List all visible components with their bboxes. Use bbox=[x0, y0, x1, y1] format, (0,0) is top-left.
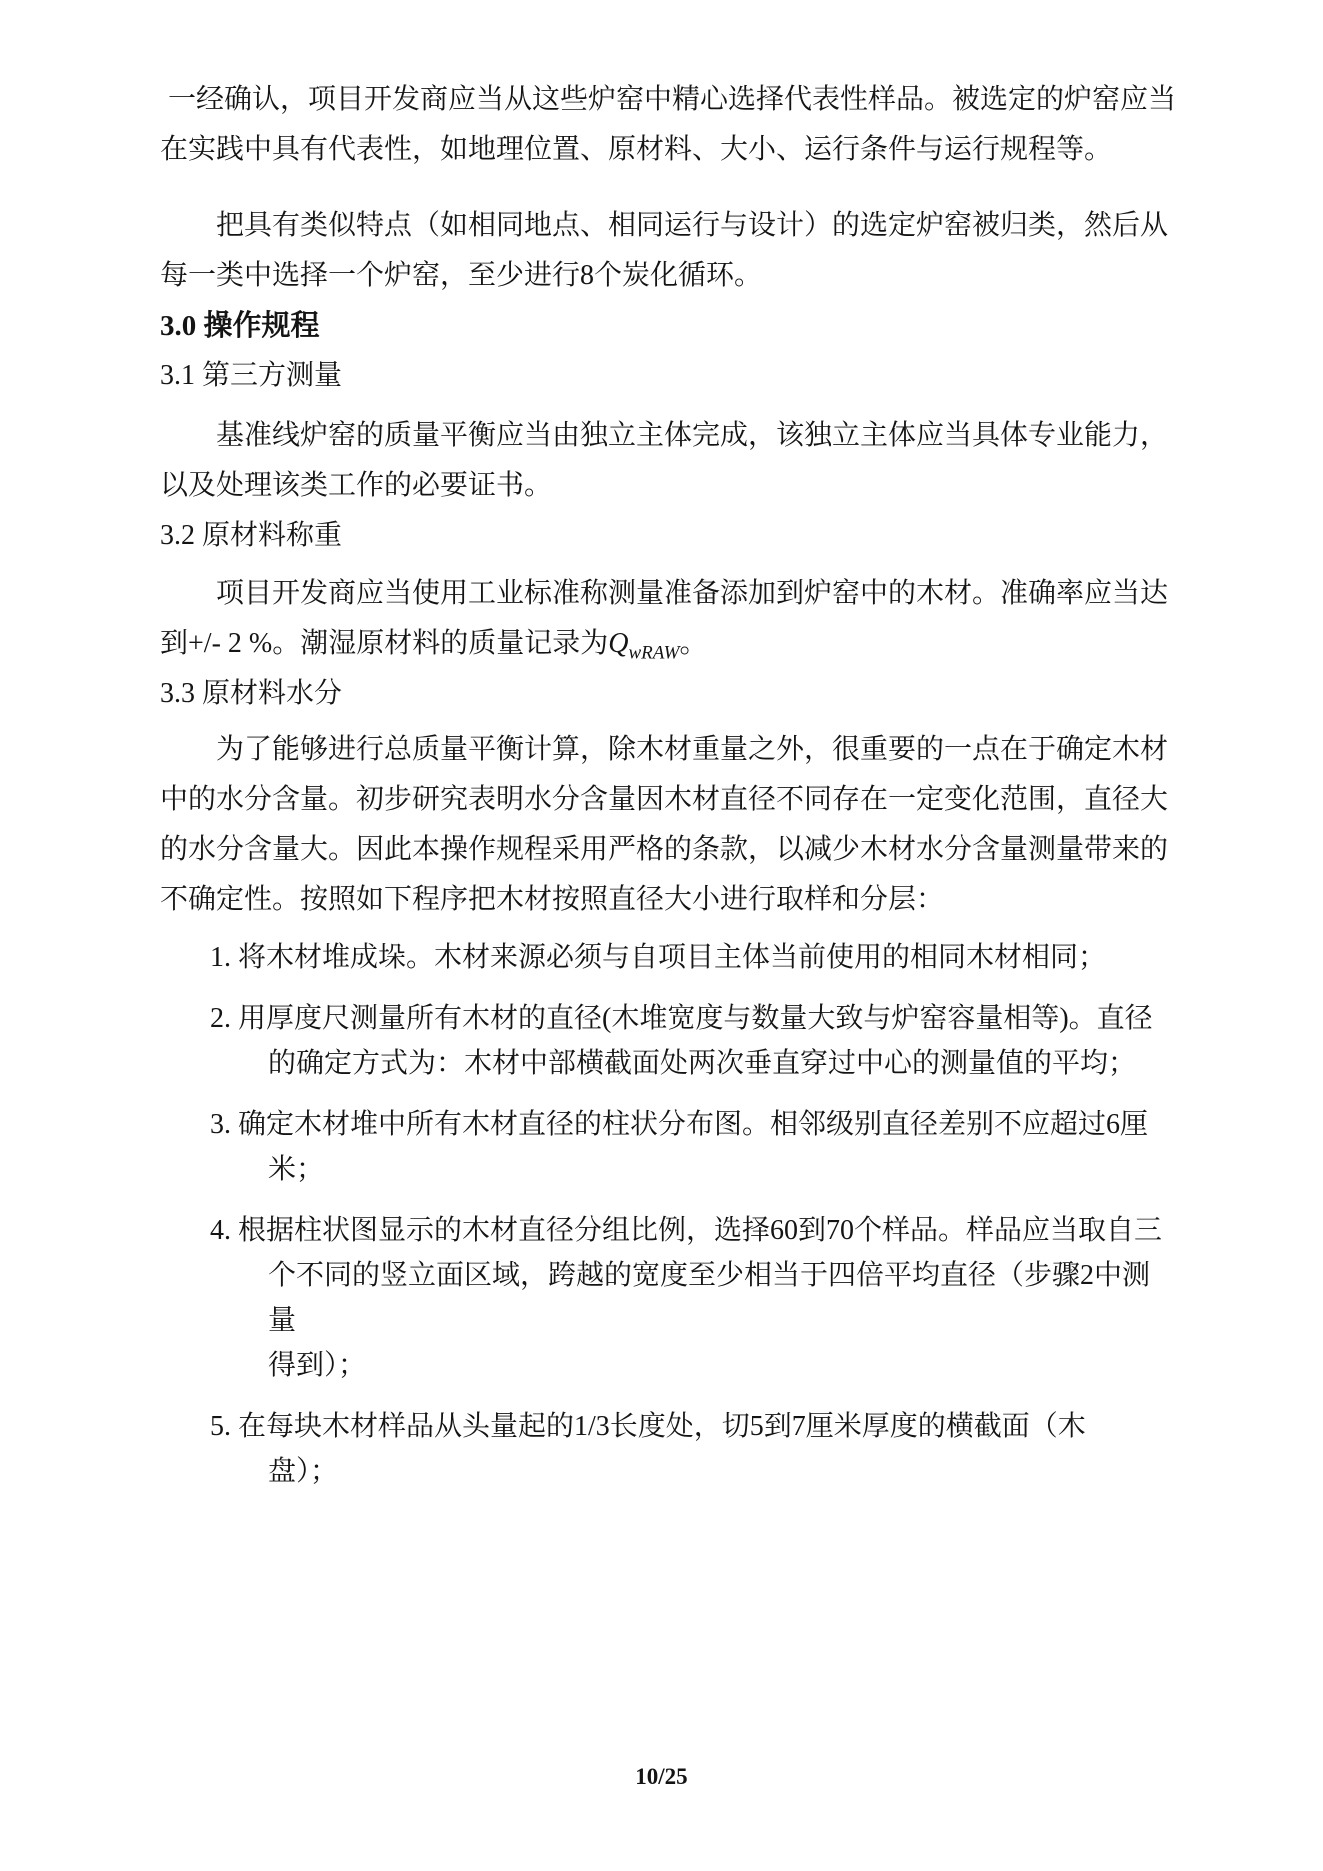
formula-symbol: Q bbox=[608, 628, 628, 659]
section-heading: 3.0 操作规程 bbox=[160, 301, 1176, 351]
subsection-heading: 3.1 第三方测量 bbox=[160, 351, 1176, 401]
list-item-text: 用厚度尺测量所有木材的直径(木堆宽度与数量大致与炉窑容量相等)。直径 bbox=[238, 1003, 1153, 1034]
list-item-number: 1. bbox=[210, 935, 238, 980]
paragraph: 项目开发商应当使用工业标准称测量准备添加到炉窑中的木材。准确率应当达到+/- 2… bbox=[160, 569, 1176, 669]
subsection-heading: 3.2 原材料称重 bbox=[160, 511, 1176, 561]
list-item-text: 在每块木材样品从头量起的1/3长度处，切5到7厘米厚度的横截面（木 bbox=[238, 1411, 1086, 1442]
list-item: 3.确定木材堆中所有木材直径的柱状分布图。相邻级别直径差别不应超过6厘 米； bbox=[160, 1102, 1176, 1192]
list-item-number: 2. bbox=[210, 996, 238, 1041]
paragraph: 为了能够进行总质量平衡计算，除木材重量之外，很重要的一点在于确定木材中的水分含量… bbox=[160, 725, 1176, 925]
paragraph: 基准线炉窑的质量平衡应当由独立主体完成，该独立主体应当具体专业能力，以及处理该类… bbox=[160, 411, 1176, 511]
list-item-text: 得到）； bbox=[160, 1343, 1176, 1388]
list-item-text: 个不同的竖立面区域，跨越的宽度至少相当于四倍平均直径（步骤2中测量 bbox=[160, 1253, 1176, 1343]
paragraph: 把具有类似特点（如相同地点、相同运行与设计）的选定炉窑被归类，然后从每一类中选择… bbox=[160, 201, 1176, 301]
paragraph-text: 。 bbox=[679, 628, 707, 659]
list-item-text: 盘）； bbox=[160, 1449, 1176, 1494]
list-item-number: 4. bbox=[210, 1208, 238, 1253]
list-item-text: 确定木材堆中所有木材直径的柱状分布图。相邻级别直径差别不应超过6厘 bbox=[238, 1109, 1148, 1140]
list-item: 1.将木材堆成垛。木材来源必须与自项目主体当前使用的相同木材相同； bbox=[160, 935, 1176, 980]
list-item-number: 5. bbox=[210, 1404, 238, 1449]
page-number: 10/25 bbox=[0, 1764, 1323, 1790]
list-item: 4.根据柱状图显示的木材直径分组比例，选择60到70个样品。样品应当取自三 个不… bbox=[160, 1208, 1176, 1388]
list-item-text: 根据柱状图显示的木材直径分组比例，选择60到70个样品。样品应当取自三 bbox=[238, 1215, 1162, 1246]
document-page: 一经确认，项目开发商应当从这些炉窑中精心选择代表性样品。被选定的炉窑应当在实践中… bbox=[0, 0, 1323, 1871]
paragraph: 一经确认，项目开发商应当从这些炉窑中精心选择代表性样品。被选定的炉窑应当在实践中… bbox=[160, 75, 1176, 175]
ordered-list: 1.将木材堆成垛。木材来源必须与自项目主体当前使用的相同木材相同； 2.用厚度尺… bbox=[160, 935, 1176, 1494]
page-content: 一经确认，项目开发商应当从这些炉窑中精心选择代表性样品。被选定的炉窑应当在实践中… bbox=[160, 75, 1176, 1494]
list-item-text: 将木材堆成垛。木材来源必须与自项目主体当前使用的相同木材相同； bbox=[238, 942, 1106, 973]
subsection-heading: 3.3 原材料水分 bbox=[160, 669, 1176, 719]
list-item-text: 的确定方式为：木材中部横截面处两次垂直穿过中心的测量值的平均； bbox=[160, 1041, 1176, 1086]
list-item-text: 米； bbox=[160, 1147, 1176, 1192]
list-item: 5.在每块木材样品从头量起的1/3长度处，切5到7厘米厚度的横截面（木 盘）； bbox=[160, 1404, 1176, 1494]
list-item-number: 3. bbox=[210, 1102, 238, 1147]
formula-subscript: wRAW bbox=[628, 643, 679, 664]
list-item: 2.用厚度尺测量所有木材的直径(木堆宽度与数量大致与炉窑容量相等)。直径 的确定… bbox=[160, 996, 1176, 1086]
